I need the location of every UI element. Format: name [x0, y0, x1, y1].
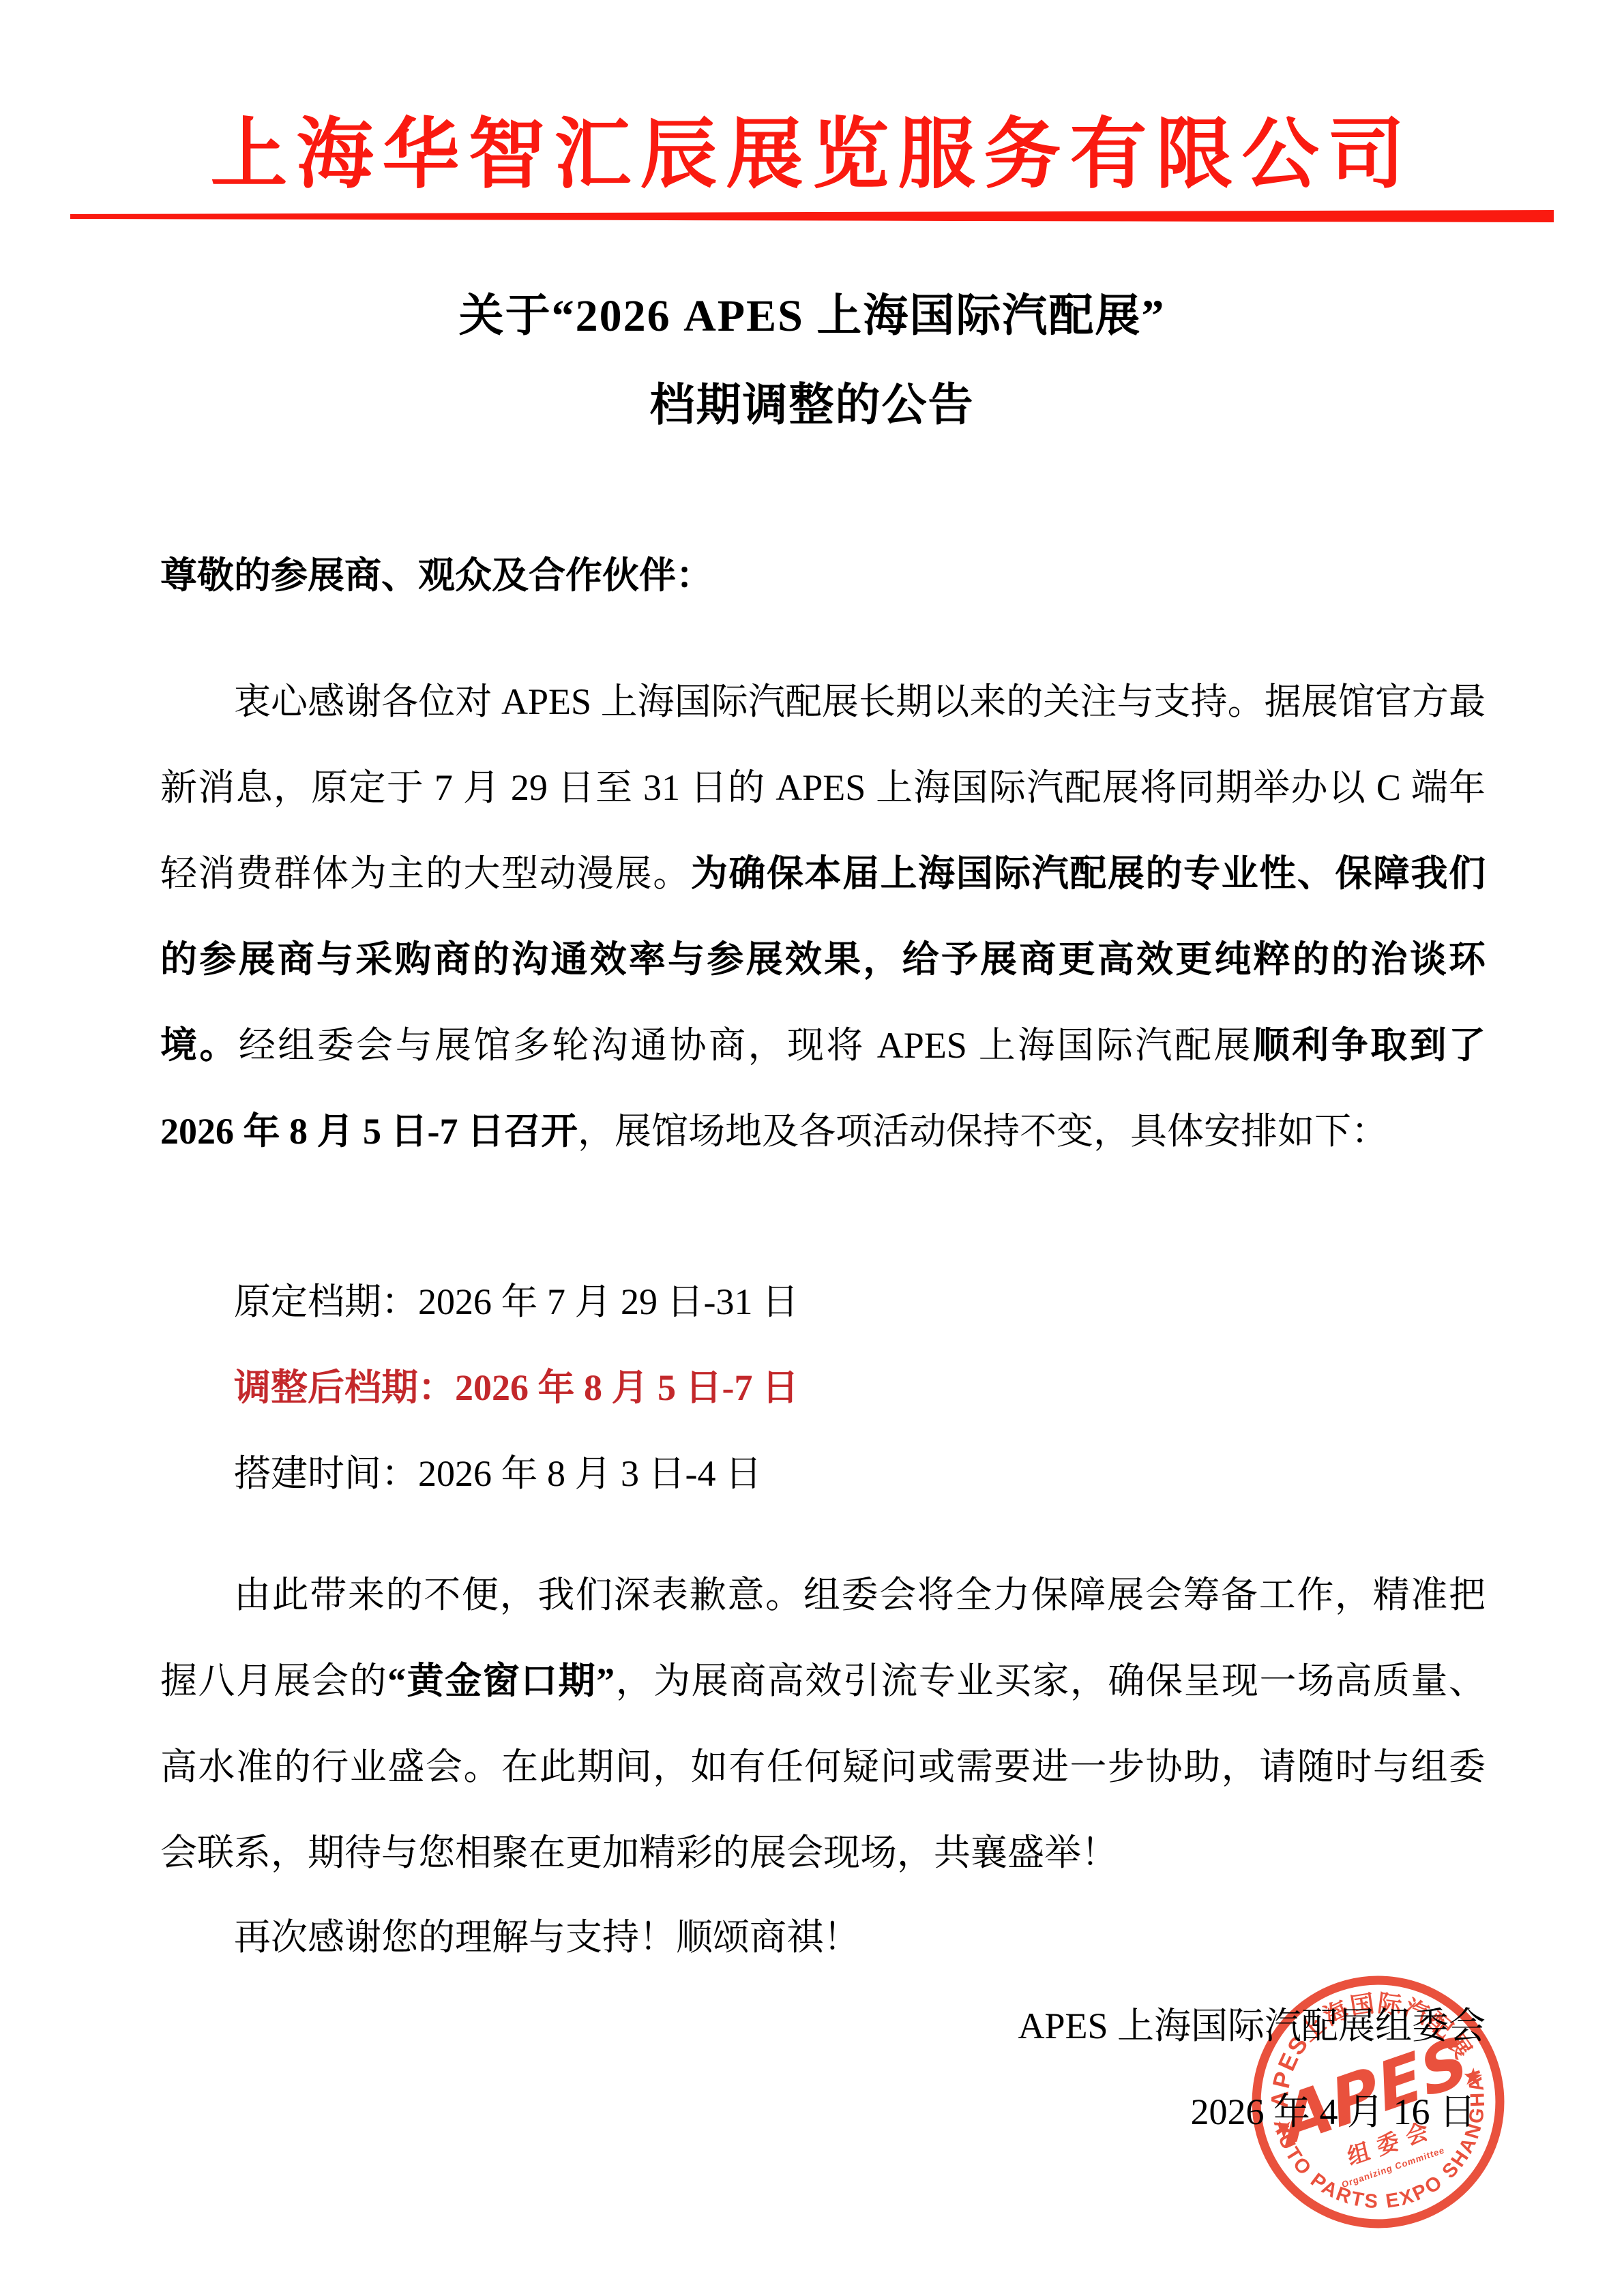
paragraph-run-bold: “黄金窗口期”: [387, 1660, 615, 1701]
document-title-line2: 档期调整的公告: [0, 361, 1624, 450]
signature-organization: APES 上海国际汽配展组委会: [160, 1983, 1486, 2069]
schedule-original-dates: 原定档期：2026 年 7 月 29 日-31 日: [234, 1259, 1486, 1345]
document-title-line1: 关于“2026 APES 上海国际汽配展”: [0, 271, 1624, 361]
announcement-page: 上海华智汇辰展览服务有限公司 关于“2026 APES 上海国际汽配展” 档期调…: [0, 0, 1624, 2296]
paragraph-run: ，展馆场地及各项活动保持不变，具体安排如下：: [578, 1111, 1388, 1152]
document-title: 关于“2026 APES 上海国际汽配展” 档期调整的公告: [0, 271, 1624, 450]
letterhead-company-name: 上海华智汇辰展览服务有限公司: [0, 93, 1624, 203]
schedule-adjusted-dates: 调整后档期：2026 年 8 月 5 日-7 日: [234, 1345, 1486, 1431]
signature-date: 2026 年 4 月 16 日: [160, 2069, 1476, 2155]
letterhead-rule-line: [70, 209, 1554, 225]
schedule-block: 原定档期：2026 年 7 月 29 日-31 日 调整后档期：2026 年 8…: [234, 1259, 1486, 1517]
paragraph-apology: 由此带来的不便，我们深表歉意。组委会将全力保障展会筹备工作，精准把握八月展会的“…: [160, 1552, 1486, 1896]
paragraph-thanks: 再次感谢您的理解与支持！顺颂商祺！: [160, 1894, 1486, 1980]
salutation: 尊敬的参展商、观众及合作伙伴：: [160, 554, 1486, 597]
paragraph-run: 经组委会与展馆多轮沟通协商，现将 APES 上海国际汽配展: [239, 1025, 1253, 1066]
paragraph-schedule-change: 衷心感谢各位对 APES 上海国际汽配展长期以来的关注与支持。据展馆官方最新消息…: [160, 659, 1486, 1174]
letterhead-rule: [70, 209, 1554, 225]
schedule-setup-dates: 搭建时间：2026 年 8 月 3 日-4 日: [234, 1431, 1486, 1517]
